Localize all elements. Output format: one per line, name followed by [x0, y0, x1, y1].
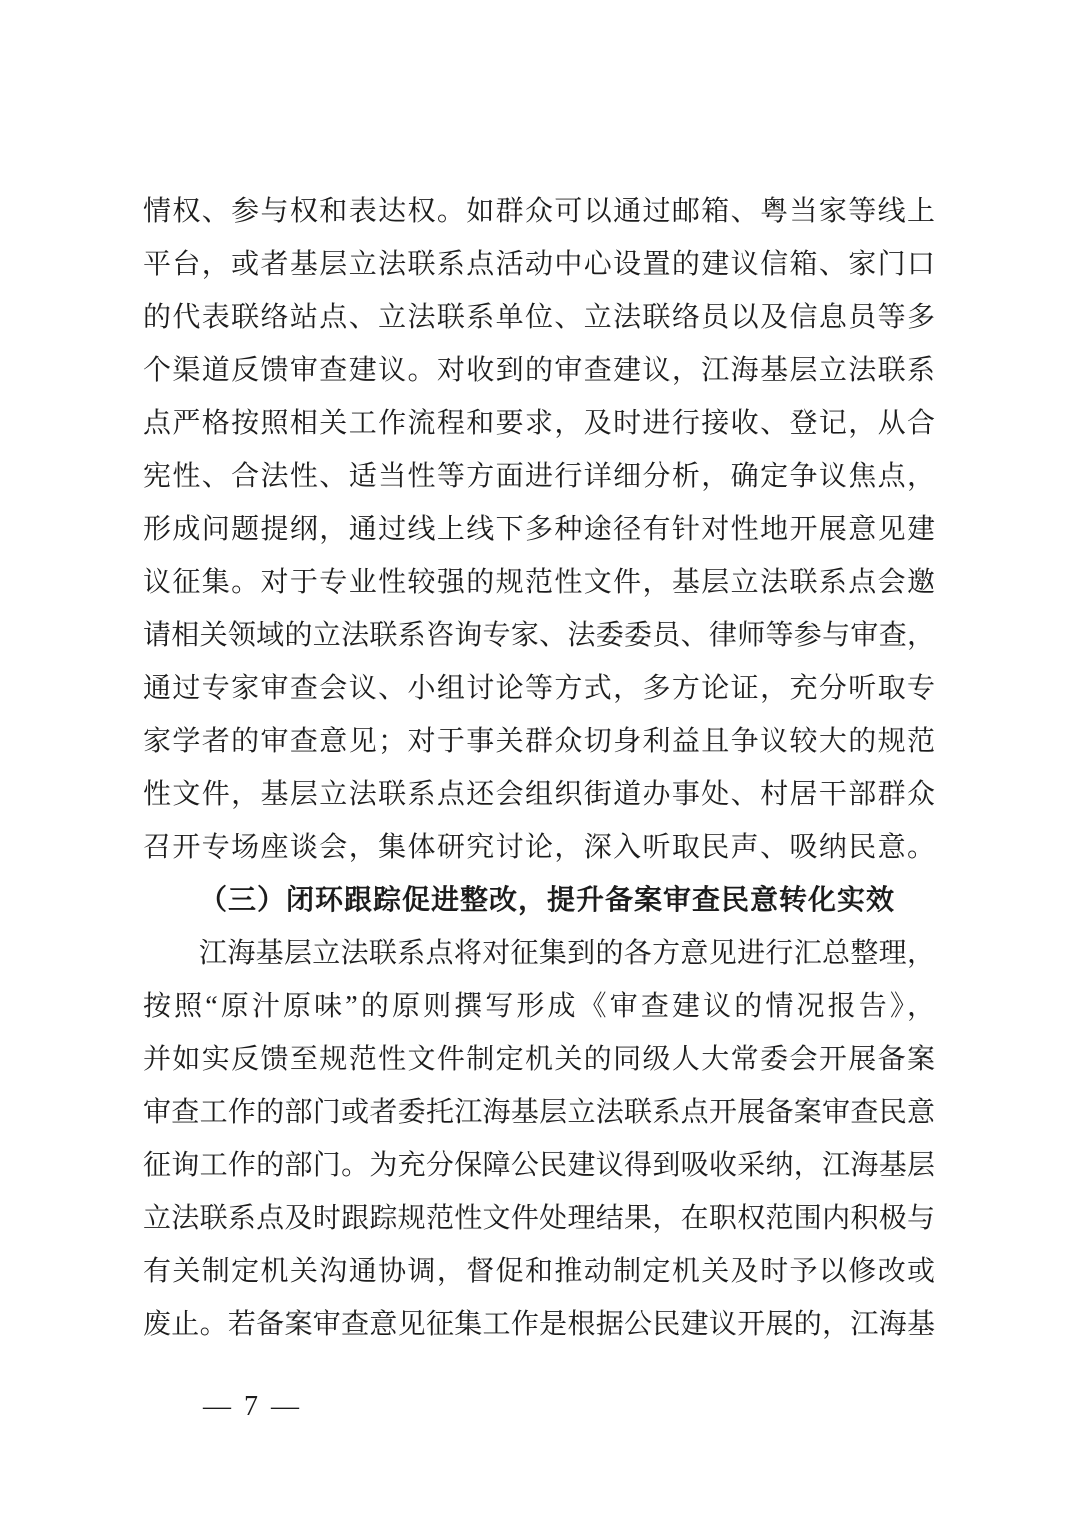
text-line: 家学者的审查意见；对于事关群众切身利益且争议较大的规范	[143, 715, 935, 768]
text-line: 的代表联络站点、立法联系单位、立法联络员以及信息员等多	[143, 291, 935, 344]
text-line: 情权、参与权和表达权。如群众可以通过邮箱、粤当家等线上	[143, 185, 935, 238]
text-line: 形成问题提纲，通过线上线下多种途径有针对性地开展意见建	[143, 503, 935, 556]
text-line: 通过专家审查会议、小组讨论等方式，多方论证，充分听取专	[143, 662, 935, 715]
text-line: 请相关领域的立法联系咨询专家、法委委员、律师等参与审查，	[143, 609, 935, 662]
text-line: 召开专场座谈会，集体研究讨论，深入听取民声、吸纳民意。	[143, 821, 935, 874]
section-heading: （三）闭环跟踪促进整改，提升备案审查民意转化实效	[143, 874, 935, 927]
body-text: 情权、参与权和表达权。如群众可以通过邮箱、粤当家等线上 平台，或者基层立法联系点…	[143, 185, 935, 1351]
document-page: 情权、参与权和表达权。如群众可以通过邮箱、粤当家等线上 平台，或者基层立法联系点…	[0, 0, 1074, 1520]
page-number: — 7 —	[203, 1380, 302, 1433]
text-line: 有关制定机关沟通协调，督促和推动制定机关及时予以修改或	[143, 1245, 935, 1298]
text-line: 性文件，基层立法联系点还会组织街道办事处、村居干部群众	[143, 768, 935, 821]
text-line: 征询工作的部门。为充分保障公民建议得到吸收采纳，江海基层	[143, 1139, 935, 1192]
text-line: 宪性、合法性、适当性等方面进行详细分析，确定争议焦点，	[143, 450, 935, 503]
text-line: 废止。若备案审查意见征集工作是根据公民建议开展的，江海基	[143, 1298, 935, 1351]
text-line: 审查工作的部门或者委托江海基层立法联系点开展备案审查民意	[143, 1086, 935, 1139]
text-line: 江海基层立法联系点将对征集到的各方意见进行汇总整理，	[143, 927, 935, 980]
text-line: 点严格按照相关工作流程和要求，及时进行接收、登记，从合	[143, 397, 935, 450]
text-line: 并如实反馈至规范性文件制定机关的同级人大常委会开展备案	[143, 1033, 935, 1086]
text-line: 个渠道反馈审查建议。对收到的审查建议，江海基层立法联系	[143, 344, 935, 397]
text-line: 议征集。对于专业性较强的规范性文件，基层立法联系点会邀	[143, 556, 935, 609]
text-line: 平台，或者基层立法联系点活动中心设置的建议信箱、家门口	[143, 238, 935, 291]
text-line: 按照“原汁原味”的原则撰写形成《审查建议的情况报告》，	[143, 980, 935, 1033]
text-line: 立法联系点及时跟踪规范性文件处理结果，在职权范围内积极与	[143, 1192, 935, 1245]
